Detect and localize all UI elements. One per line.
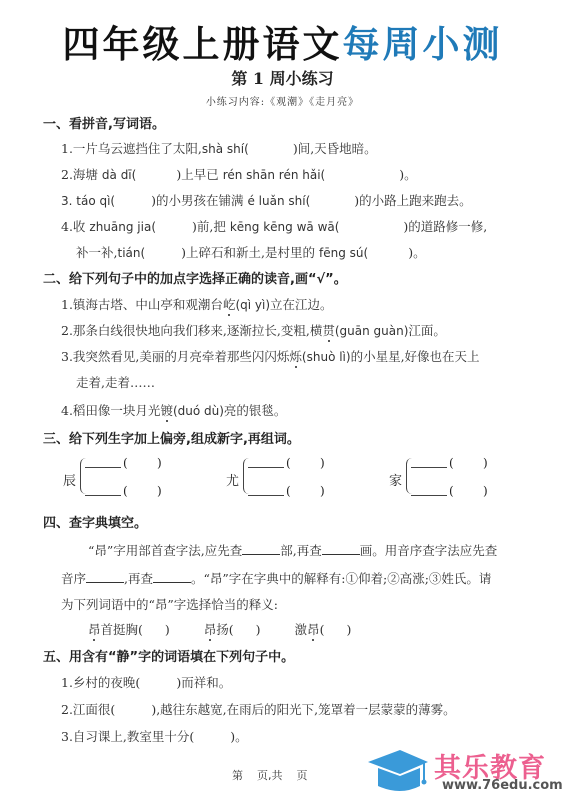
text: )。 bbox=[408, 245, 425, 260]
blank-line[interactable] bbox=[248, 467, 284, 468]
text: ),越往东越宽,在雨后的阳光下,笼罩着一层蒙蒙的薄雾。 bbox=[151, 702, 455, 717]
word-1: 昂首挺胸() bbox=[88, 622, 170, 637]
text: 3.自习课上,教室里十分( bbox=[61, 729, 194, 744]
brace bbox=[406, 458, 415, 494]
dotted-char: 屹 bbox=[223, 297, 236, 312]
s1-question-4-cont: 补一补,tián()上碎石和新土,是村里的 fēng sú()。 bbox=[76, 243, 426, 261]
blank-line[interactable] bbox=[85, 495, 121, 496]
text: 1.镇海古塔、中山亭和观潮台 bbox=[61, 297, 223, 312]
s5-question-1: 1.乡村的夜晚()而祥和。 bbox=[61, 673, 231, 691]
pinyin-options[interactable]: (guān guàn) bbox=[335, 324, 409, 338]
s4-paragraph-line3: 为下列词语中的“昂”字选择恰当的释义: bbox=[61, 595, 278, 613]
paren-close: ) bbox=[320, 484, 325, 498]
title-main: 四年级上册语文 bbox=[63, 22, 343, 66]
text: )而祥和。 bbox=[176, 675, 231, 690]
pinyin-options[interactable]: (duó dù) bbox=[173, 404, 224, 418]
dotted-char: 昂 bbox=[204, 622, 217, 637]
text: )前,把 bbox=[192, 219, 230, 234]
text: 1.乡村的夜晚( bbox=[61, 675, 140, 690]
word-3: 激昂() bbox=[295, 622, 352, 637]
paren-open: ( bbox=[449, 456, 454, 470]
text: 补一补, bbox=[76, 245, 117, 260]
text: 4.稻田像一块月光 bbox=[61, 403, 160, 418]
section5-heading: 五、用含有“静”字的词语填在下列句子中。 bbox=[43, 646, 294, 665]
pinyin: fēng sú( bbox=[319, 246, 368, 260]
blank-line[interactable] bbox=[248, 495, 284, 496]
section1-heading: 一、看拼音,写词语。 bbox=[43, 113, 165, 132]
pinyin: 3. táo qì( bbox=[61, 194, 115, 208]
s2-question-2: 2.那条白线很快地向我们移来,逐渐拉长,变粗,横贯(guān guàn)江面。 bbox=[61, 321, 446, 339]
blank-initial[interactable] bbox=[86, 570, 124, 583]
radical-group-1: 辰 ( ) ( ) bbox=[63, 456, 183, 501]
text: 江面。 bbox=[408, 323, 446, 338]
paren-close: ) bbox=[157, 456, 162, 470]
s4-word-options: 昂首挺胸() 昂扬() 激昂() bbox=[88, 620, 351, 638]
paren-close: ) bbox=[157, 484, 162, 498]
brand-logo: 其乐教育 www.76edu.com bbox=[364, 746, 564, 796]
text: )。 bbox=[399, 167, 416, 182]
pinyin: rén shān rén hǎi( bbox=[223, 168, 326, 182]
text: )间,天昏地暗。 bbox=[293, 141, 377, 156]
s2-question-3: 3.我突然看见,美丽的月亮牵着那些闪闪烁烁(shuò lì)的小星星,好像也在天… bbox=[61, 347, 480, 365]
text: 激 bbox=[295, 622, 308, 637]
page-number: 第 页,共 页 bbox=[232, 767, 307, 783]
text: 音序 bbox=[61, 571, 86, 586]
pinyin: é luǎn shí( bbox=[247, 194, 310, 208]
text: )上早已 bbox=[176, 167, 222, 182]
text: ( bbox=[320, 622, 325, 637]
paren-open: ( bbox=[286, 484, 291, 498]
blank-line[interactable] bbox=[411, 495, 447, 496]
dotted-char: 昂 bbox=[307, 622, 320, 637]
text: 亮的银毯。 bbox=[224, 403, 287, 418]
paren-open: ( bbox=[123, 456, 128, 470]
text: ,再查 bbox=[124, 571, 153, 586]
text: 1.一片乌云遮挡住了太阳, bbox=[61, 141, 202, 156]
title-accent: 每周小测 bbox=[343, 22, 503, 66]
pinyin: zhuāng jia( bbox=[89, 220, 156, 234]
text: 。“昂”字在字典中的解释有:①仰着;②高涨;③姓氏。请 bbox=[191, 571, 491, 586]
text: 2.那条白线很快地向我们移来,逐渐拉长,变粗,横 bbox=[61, 323, 322, 338]
section4-heading: 四、查字典填空。 bbox=[43, 512, 147, 531]
text: )的道路修一修, bbox=[403, 219, 487, 234]
text: 2.海塘 bbox=[61, 167, 102, 182]
pinyin: kēng kēng wā wā( bbox=[230, 220, 340, 234]
s4-paragraph-line2: 音序,再查。“昂”字在字典中的解释有:①仰着;②高涨;③姓氏。请 bbox=[61, 569, 491, 587]
blank-strokes[interactable] bbox=[322, 542, 360, 555]
blank-radical[interactable] bbox=[242, 542, 280, 555]
brace bbox=[243, 458, 252, 494]
text: ) bbox=[165, 622, 170, 637]
page-title: 四年级上册语文每周小测 bbox=[0, 14, 565, 68]
logo-url: www.76edu.com bbox=[442, 778, 563, 793]
text: )。 bbox=[230, 729, 247, 744]
graduation-cap-icon bbox=[364, 746, 432, 796]
text: 部,再查 bbox=[280, 543, 321, 558]
dotted-char: 烁 bbox=[289, 349, 302, 364]
paren-open: ( bbox=[286, 456, 291, 470]
pinyin-options[interactable]: (qì yì) bbox=[235, 298, 270, 312]
section3-heading: 三、给下列生字加上偏旁,组成新字,再组词。 bbox=[43, 428, 300, 447]
dotted-char: 贯 bbox=[322, 323, 335, 338]
text: 立在江边。 bbox=[270, 297, 333, 312]
radical-group-2: 尤 ( ) ( ) bbox=[226, 456, 346, 501]
text: 画。用音序查字法应先查 bbox=[360, 543, 498, 558]
text: 3.我突然看见,美丽的月亮牵着那些闪闪烁 bbox=[61, 349, 289, 364]
dotted-char: 镀 bbox=[160, 403, 173, 418]
s4-paragraph-line1: “昂”字用部首查字法,应先查部,再查画。用音序查字法应先查 bbox=[88, 541, 497, 559]
radical-group-3: 家 ( ) ( ) bbox=[389, 456, 509, 501]
text: 2.江面很( bbox=[61, 702, 115, 717]
blank-syllable[interactable] bbox=[153, 570, 191, 583]
text: )的小路上跑来跑去。 bbox=[354, 193, 471, 208]
word-2: 昂扬() bbox=[204, 622, 261, 637]
pinyin: shà shí( bbox=[202, 142, 249, 156]
text: )上碎石和新土,是村里的 bbox=[181, 245, 319, 260]
s1-question-2: 2.海塘 dà dī()上早已 rén shān rén hǎi()。 bbox=[61, 165, 417, 183]
s5-question-2: 2.江面很(),越往东越宽,在雨后的阳光下,笼罩着一层蒙蒙的薄雾。 bbox=[61, 700, 456, 718]
pinyin-options[interactable]: (shuò lì) bbox=[302, 350, 351, 364]
blank-line[interactable] bbox=[85, 467, 121, 468]
paren-close: ) bbox=[320, 456, 325, 470]
base-char: 辰 bbox=[63, 470, 76, 489]
s2-question-3-cont: 走着,走着…… bbox=[76, 373, 155, 391]
text: 首挺胸( bbox=[101, 622, 143, 637]
s5-question-3: 3.自习课上,教室里十分()。 bbox=[61, 727, 248, 745]
s1-question-3: 3. táo qì()的小男孩在铺满 é luǎn shí()的小路上跑来跑去。 bbox=[61, 191, 472, 209]
brace bbox=[80, 458, 89, 494]
section2-heading: 二、给下列句子中的加点字选择正确的读音,画“√”。 bbox=[43, 268, 347, 287]
s2-question-4: 4.稻田像一块月光镀(duó dù)亮的银毯。 bbox=[61, 401, 286, 419]
s1-question-4: 4.收 zhuāng jia()前,把 kēng kēng wā wā()的道路… bbox=[61, 217, 487, 235]
subtitle: 第 1 周小练习 bbox=[0, 66, 565, 89]
text: 扬( bbox=[216, 622, 233, 637]
paren-close: ) bbox=[483, 456, 488, 470]
dotted-char: 昂 bbox=[88, 622, 101, 637]
content-line: 小练习内容:《观潮》《走月亮》 bbox=[0, 93, 565, 108]
text: ) bbox=[256, 622, 261, 637]
text: “昂”字用部首查字法,应先查 bbox=[88, 543, 242, 558]
paren-open: ( bbox=[123, 484, 128, 498]
pinyin: tián( bbox=[117, 246, 145, 260]
s1-question-1: 1.一片乌云遮挡住了太阳,shà shí()间,天昏地暗。 bbox=[61, 139, 377, 157]
base-char: 尤 bbox=[226, 470, 239, 489]
pinyin: dà dī( bbox=[102, 168, 136, 182]
text: 的小星星,好像也在天上 bbox=[351, 349, 480, 364]
text: ) bbox=[346, 622, 351, 637]
s2-question-1: 1.镇海古塔、中山亭和观潮台屹(qì yì)立在江边。 bbox=[61, 295, 333, 313]
blank-line[interactable] bbox=[411, 467, 447, 468]
text: 4.收 bbox=[61, 219, 89, 234]
paren-open: ( bbox=[449, 484, 454, 498]
text: )的小男孩在铺满 bbox=[151, 193, 247, 208]
paren-close: ) bbox=[483, 484, 488, 498]
base-char: 家 bbox=[389, 470, 402, 489]
